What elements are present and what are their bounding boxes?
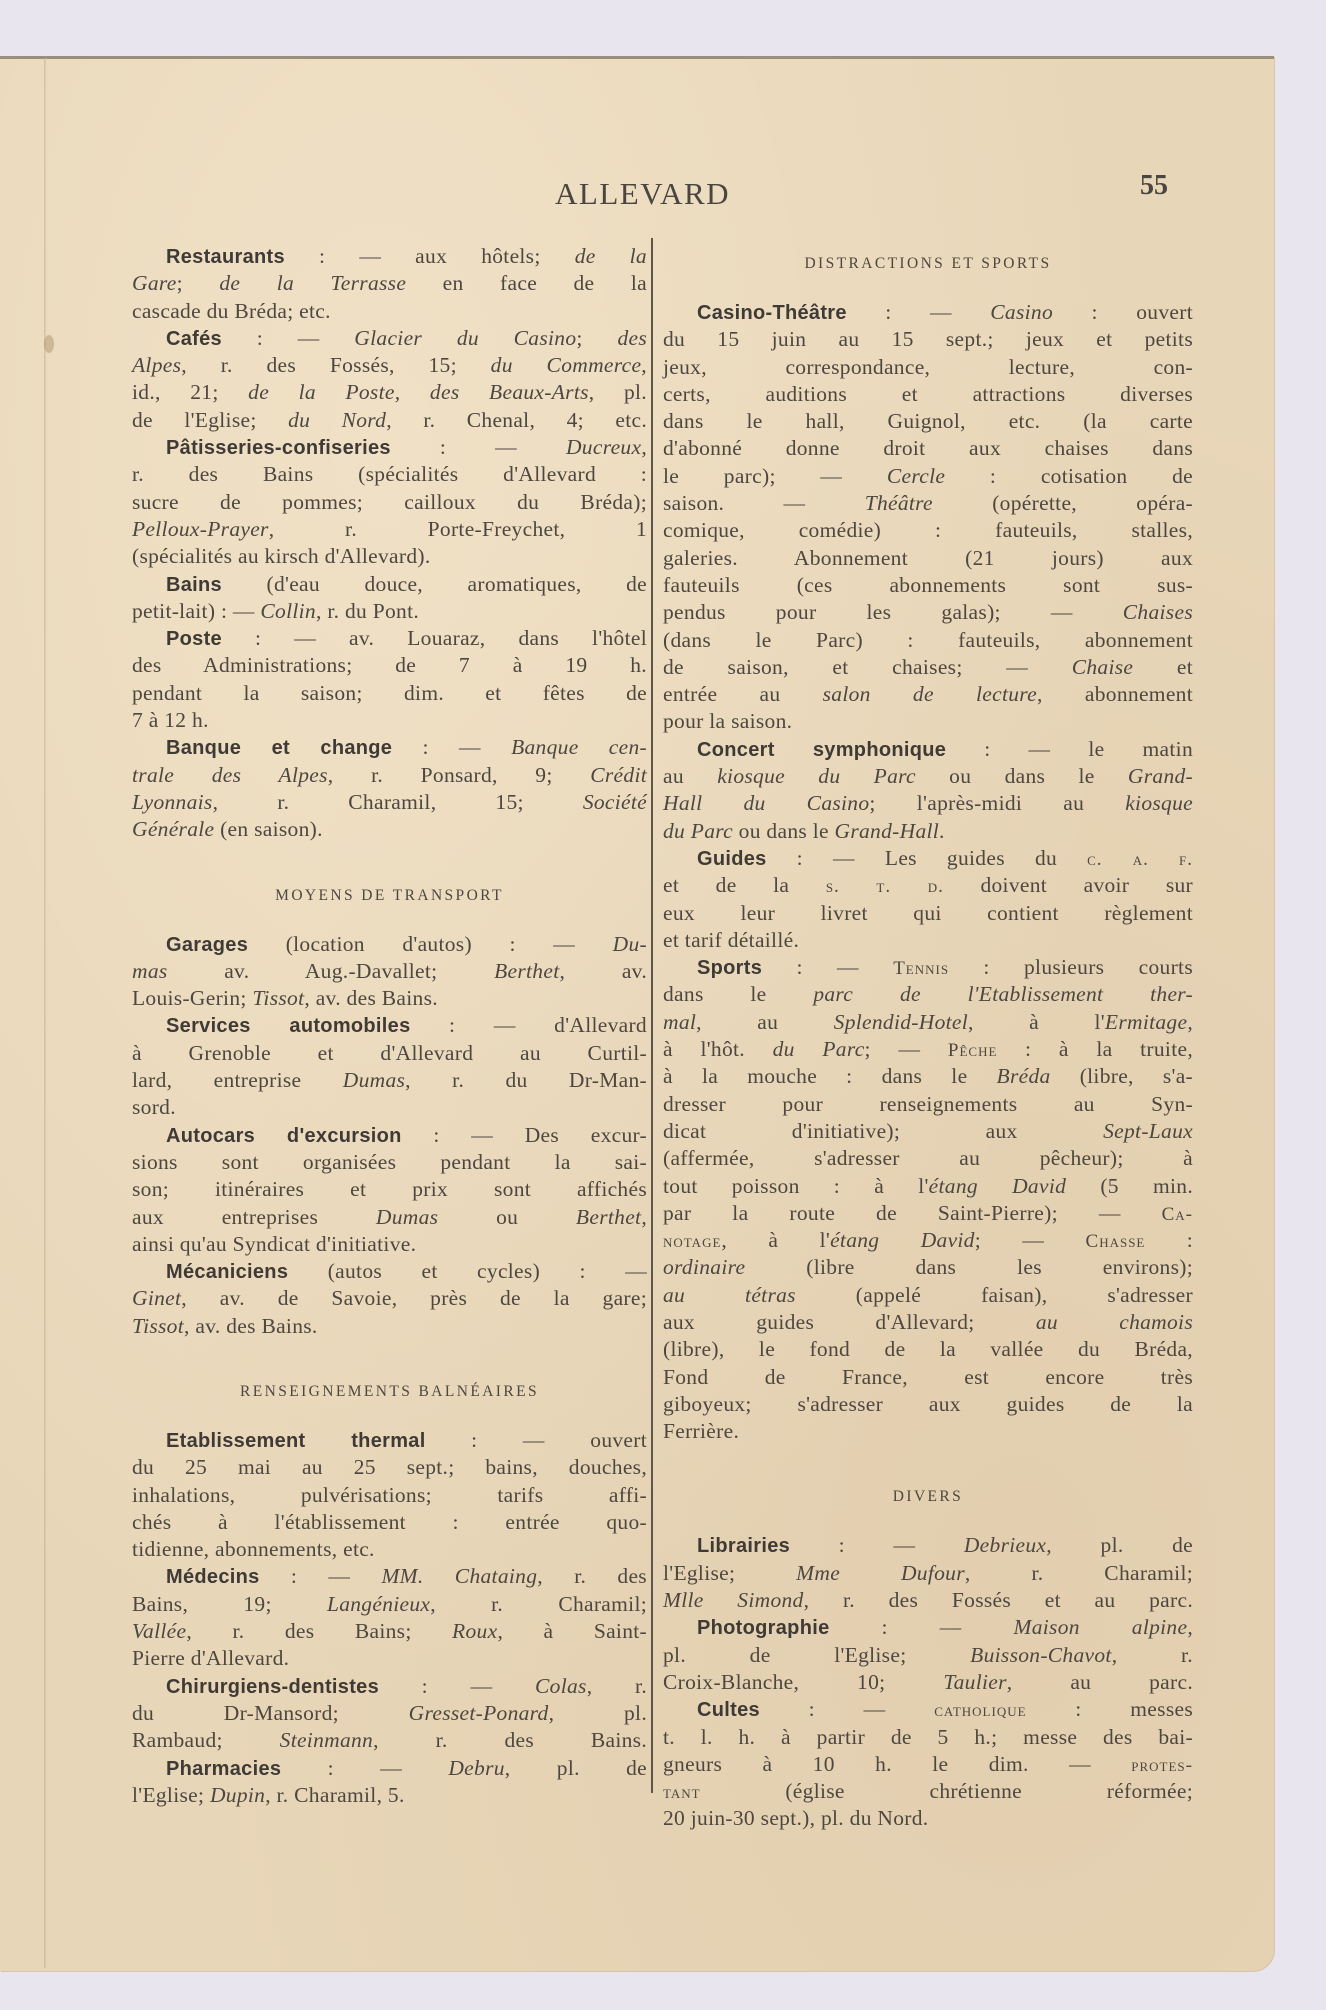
text-run: giboyeux; s'adresser aux guides de la xyxy=(663,1392,1193,1416)
text-run: des Administrations; de 7 à 19 h. xyxy=(132,653,647,677)
text-line: sucre de pommes; cailloux du Bréda); xyxy=(132,489,647,516)
italic-name: Colas xyxy=(535,1674,587,1698)
text-run: . xyxy=(939,819,945,843)
text-run: , r. Charamil, 15; xyxy=(213,790,583,814)
text-run: , abonnement xyxy=(1037,682,1193,706)
text-run: ; xyxy=(177,271,220,295)
entry-label: Cafés xyxy=(166,328,222,350)
text-line: inhalations, pulvérisations; tarifs affi… xyxy=(132,1482,647,1509)
text-run: le parc); — xyxy=(663,464,887,488)
text-line: à la mouche : dans le Bréda (libre, s'a- xyxy=(663,1063,1193,1090)
text-line: entrée au salon de lecture, abonnement xyxy=(663,681,1193,708)
text-line: des Administrations; de 7 à 19 h. xyxy=(132,652,647,679)
text-run: à la mouche : dans le xyxy=(663,1064,997,1088)
text-run: : — xyxy=(760,1697,934,1721)
text-run: dresser pour renseignements au Syn- xyxy=(663,1092,1193,1116)
text-run: au xyxy=(663,764,717,788)
text-run: et tarif détaillé. xyxy=(663,928,799,952)
text-run: , xyxy=(641,1205,647,1229)
italic-name: Casino xyxy=(990,300,1053,324)
text-line: giboyeux; s'adresser aux guides de la xyxy=(663,1391,1193,1418)
section-gap xyxy=(663,1510,1193,1532)
text-line: Louis-Gerin; Tissot, av. des Bains. xyxy=(132,985,647,1012)
entry-label: Sports xyxy=(697,957,762,979)
italic-name: du Parc xyxy=(663,819,733,843)
text-run: : — xyxy=(281,1756,448,1780)
text-run: : — xyxy=(790,1533,964,1557)
italic-name: Roux xyxy=(452,1619,497,1643)
italic-name: kiosque xyxy=(1125,791,1193,815)
text-run: son; itinéraires et prix sont affichés xyxy=(132,1177,647,1201)
entry-label: Restaurants xyxy=(166,246,285,268)
text-line: id., 21; de la Poste, des Beaux-Arts, pl… xyxy=(132,379,647,406)
italic-name: trale des Alpes xyxy=(132,763,328,787)
text-line: du 25 mai au 25 sept.; bains, douches, xyxy=(132,1454,647,1481)
text-run: : — Des excur- xyxy=(402,1123,647,1147)
text-line: Tissot, av. des Bains. xyxy=(132,1313,647,1340)
text-line: dans le hall, Guignol, etc. (la carte xyxy=(663,408,1193,435)
text-line: Etablissement thermal : — ouvert xyxy=(132,1427,647,1454)
text-run: pour la saison. xyxy=(663,709,792,733)
text-line: (dans le Parc) : fauteuils, abonnement xyxy=(663,627,1193,654)
italic-name: parc de l'Etablissement ther- xyxy=(813,982,1193,1006)
text-run: (5 min. xyxy=(1066,1174,1193,1198)
text-line: Sports : — Tennis : plusieurs courts xyxy=(663,954,1193,981)
text-run: : — xyxy=(847,300,991,324)
text-run: : — xyxy=(392,735,511,759)
text-run: : — xyxy=(222,326,354,350)
italic-name: Théâtre xyxy=(865,491,933,515)
text-line: Banque et change : — Banque cen- xyxy=(132,734,647,761)
text-line: Garages (location d'autos) : — Du- xyxy=(132,931,647,958)
text-run: , r. Charamil; xyxy=(430,1592,647,1616)
italic-name: Steinmann xyxy=(280,1728,373,1752)
text-run: r. des Bains (spécialités d'Allevard : xyxy=(132,462,647,486)
text-run: Rambaud; xyxy=(132,1728,280,1752)
text-run: : — xyxy=(830,1615,1014,1639)
entry-label: Bains xyxy=(166,574,222,596)
text-run: saison. — xyxy=(663,491,865,515)
italic-name: Buisson-Chavot xyxy=(970,1643,1112,1667)
text-line: tant (église chrétienne réformée; xyxy=(663,1778,1193,1805)
text-run: eux leur livret qui contient règlement xyxy=(663,901,1193,925)
text-run: du 15 juin au 15 sept.; jeux et petits xyxy=(663,327,1193,351)
text-line: Mlle Simond, r. des Fossés et au parc. xyxy=(663,1587,1193,1614)
text-run: : ouvert xyxy=(1053,300,1193,324)
text-run: ou dans le xyxy=(733,819,835,843)
text-line: Ferrière. xyxy=(663,1418,1193,1445)
italic-name: Dumas xyxy=(343,1068,405,1092)
text-line: (libre), le fond de la vallée du Bréda, xyxy=(663,1336,1193,1363)
italic-name: du Commerce xyxy=(491,353,642,377)
text-run: , au xyxy=(696,1010,833,1034)
text-line: par la route de Saint-Pierre); — Ca- xyxy=(663,1200,1193,1227)
italic-name: Maison alpine xyxy=(1014,1615,1188,1639)
text-line: t. l. h. à partir de 5 h.; messe des bai… xyxy=(663,1724,1193,1751)
entry-label: Banque et change xyxy=(166,737,392,759)
text-run: : xyxy=(1145,1228,1193,1252)
italic-name: Mlle Simond xyxy=(663,1588,804,1612)
text-line: pendus pour les galas); — Chaises xyxy=(663,599,1193,626)
italic-name: salon de lecture xyxy=(823,682,1037,706)
italic-name: Berthet xyxy=(494,959,559,983)
italic-name: du Parc xyxy=(773,1037,865,1061)
entry-label: Autocars d'excursion xyxy=(166,1125,402,1147)
text-line: ordinaire (libre dans les environs); xyxy=(663,1254,1193,1281)
entry-label: Photographie xyxy=(697,1617,830,1639)
text-run: (autos et cycles) : — xyxy=(288,1259,647,1283)
entry-label: Services automobiles xyxy=(166,1015,411,1037)
italic-name: Dumas xyxy=(376,1205,438,1229)
text-line: l'Eglise; Dupin, r. Charamil, 5. xyxy=(132,1782,647,1809)
text-run: : — d'Allevard xyxy=(411,1013,647,1037)
text-line: galeries. Abonnement (21 jours) aux xyxy=(663,545,1193,572)
italic-name: Banque cen- xyxy=(511,735,647,759)
text-run: , à l' xyxy=(721,1228,830,1252)
text-run: (libre, s'a- xyxy=(1051,1064,1193,1088)
text-line: Services automobiles : — d'Allevard xyxy=(132,1012,647,1039)
italic-name: Pelloux-Prayer xyxy=(132,517,269,541)
italic-name: étang David xyxy=(830,1228,975,1252)
text-line: son; itinéraires et prix sont affichés xyxy=(132,1176,647,1203)
text-run: , av. xyxy=(559,959,647,983)
text-run: pendus pour les galas); — xyxy=(663,600,1123,624)
text-line: Librairies : — Debrieux, pl. de xyxy=(663,1532,1193,1559)
text-run: petit-lait) : — xyxy=(132,599,260,623)
text-run: , r. Porte-Freychet, 1 xyxy=(269,517,647,541)
text-run: , xyxy=(641,353,647,377)
text-run: gneurs à 10 h. le dim. — xyxy=(663,1752,1131,1776)
entry-label: Mécaniciens xyxy=(166,1261,288,1283)
text-line: Vallée, r. des Bains; Roux, à Saint- xyxy=(132,1618,647,1645)
text-line: Médecins : — MM. Chataing, r. des xyxy=(132,1563,647,1590)
text-run: , av. des Bains. xyxy=(184,1314,318,1338)
text-run: fauteuils (ces abonnements sont sus- xyxy=(663,573,1193,597)
text-run: , r. des Bains. xyxy=(373,1728,647,1752)
italic-name: Splendid-Hotel xyxy=(834,1010,968,1034)
text-run: , xyxy=(1187,1010,1193,1034)
section-heading: RENSEIGNEMENTS BALNÉAIRES xyxy=(132,1378,647,1405)
text-line: fauteuils (ces abonnements sont sus- xyxy=(663,572,1193,599)
text-run: , r. des Bains; xyxy=(186,1619,452,1643)
section-heading: MOYENS DE TRANSPORT xyxy=(132,882,647,909)
text-run: : à la truite, xyxy=(997,1037,1193,1061)
text-run: doivent avoir sur xyxy=(944,873,1193,897)
text-line: Hall du Casino; l'après-midi au kiosque xyxy=(663,790,1193,817)
entry-label: Casino-Théâtre xyxy=(697,302,847,324)
text-run: et de la xyxy=(663,873,826,897)
paper-stain xyxy=(44,335,54,353)
text-line: Concert symphonique : — le matin xyxy=(663,736,1193,763)
text-line: aux guides d'Allevard; au chamois xyxy=(663,1309,1193,1336)
italic-name: étang David xyxy=(929,1174,1066,1198)
text-line: Poste : — av. Louaraz, dans l'hôtel xyxy=(132,625,647,652)
text-run: à Grenoble et d'Allevard au Curtil- xyxy=(132,1041,647,1065)
italic-name: Taulier xyxy=(943,1670,1006,1694)
text-run: aux entreprises xyxy=(132,1205,376,1229)
text-line: ainsi qu'au Syndicat d'initiative. xyxy=(132,1231,647,1258)
text-line: du Parc ou dans le Grand-Hall. xyxy=(663,818,1193,845)
section-heading: DIVERS xyxy=(663,1483,1193,1510)
text-run: , au parc. xyxy=(1007,1670,1193,1694)
entry-label: Guides xyxy=(697,848,767,870)
text-run: : messes xyxy=(1027,1697,1193,1721)
text-run: , r. xyxy=(1112,1643,1193,1667)
text-run: inhalations, pulvérisations; tarifs affi… xyxy=(132,1483,647,1507)
text-run: (église chrétienne réformée; xyxy=(701,1779,1193,1803)
text-run: (libre), le fond de la vallée du Bréda, xyxy=(663,1337,1193,1361)
text-run: , r. Charamil; xyxy=(965,1561,1193,1585)
text-run: , r. Ponsard, 9; xyxy=(328,763,590,787)
text-line: Guides : — Les guides du c. a. f. xyxy=(663,845,1193,872)
text-run: ; — xyxy=(865,1037,948,1061)
text-run: Fond de France, est encore très xyxy=(663,1365,1193,1389)
italic-name: Gresset-Ponard xyxy=(409,1701,549,1725)
text-run: , r. Charamil, 5. xyxy=(265,1783,404,1807)
italic-name: ordinaire xyxy=(663,1255,745,1279)
text-run: l'Eglise; xyxy=(663,1561,796,1585)
text-run: cascade du Bréda; etc. xyxy=(132,299,331,323)
text-run: , r. du Pont. xyxy=(316,599,419,623)
text-run: lard, entreprise xyxy=(132,1068,343,1092)
text-run: tout poisson : à l' xyxy=(663,1174,929,1198)
text-line: petit-lait) : — Collin, r. du Pont. xyxy=(132,598,647,625)
italic-name: Grand- xyxy=(1128,764,1193,788)
section-gap xyxy=(132,844,647,882)
text-line: au kiosque du Parc ou dans le Grand- xyxy=(663,763,1193,790)
italic-name: Mme Dufour xyxy=(796,1561,965,1585)
italic-name: Générale xyxy=(132,817,214,841)
text-run: (dans le Parc) : fauteuils, abonnement xyxy=(663,628,1193,652)
text-line: mas av. Aug.-Davallet; Berthet, av. xyxy=(132,958,647,985)
text-run: du Dr-Mansord; xyxy=(132,1701,409,1725)
text-line: Ginet, av. de Savoie, près de la gare; xyxy=(132,1285,647,1312)
text-run: protes- xyxy=(1131,1755,1193,1776)
text-run: (libre dans les environs); xyxy=(745,1255,1193,1279)
text-line: Pelloux-Prayer, r. Porte-Freychet, 1 xyxy=(132,516,647,543)
text-run: Ca- xyxy=(1162,1204,1193,1225)
text-run: ; — xyxy=(975,1228,1086,1252)
italic-name: Cercle xyxy=(887,464,945,488)
text-run: , à Saint- xyxy=(497,1619,647,1643)
italic-name: Glacier du Casino xyxy=(354,326,576,350)
text-line: saison. — Théâtre (opérette, opéra- xyxy=(663,490,1193,517)
text-line: jeux, correspondance, lecture, con- xyxy=(663,354,1193,381)
text-line: Casino-Théâtre : — Casino : ouvert xyxy=(663,299,1193,326)
text-line: de saison, et chaises; — Chaise et xyxy=(663,654,1193,681)
text-run: , r. xyxy=(587,1674,647,1698)
italic-name: Ginet xyxy=(132,1286,181,1310)
text-run: Chasse xyxy=(1086,1231,1146,1252)
italic-name: au tétras xyxy=(663,1283,796,1307)
text-run: et xyxy=(1133,655,1193,679)
text-run: , pl. xyxy=(589,380,647,404)
text-run: certs, auditions et attractions diverses xyxy=(663,382,1193,406)
text-run: Ferrière. xyxy=(663,1419,739,1443)
section-gap xyxy=(132,909,647,931)
text-line: dans le parc de l'Etablissement ther- xyxy=(663,981,1193,1008)
italic-name: Bréda xyxy=(997,1064,1051,1088)
text-line: tout poisson : à l'étang David (5 min. xyxy=(663,1173,1193,1200)
text-run: , à l' xyxy=(968,1010,1105,1034)
text-run: : — xyxy=(762,955,893,979)
text-run: 7 à 12 h. xyxy=(132,708,209,732)
left-column: Restaurants : — aux hôtels; de laGare; d… xyxy=(132,243,647,1809)
text-line: Chirurgiens-dentistes : — Colas, r. xyxy=(132,1673,647,1700)
text-run: , r. des Fossés, 15; xyxy=(181,353,490,377)
italic-name: Chaises xyxy=(1123,600,1193,624)
text-run: : — le matin xyxy=(946,737,1193,761)
text-line: certs, auditions et attractions diverses xyxy=(663,381,1193,408)
italic-name: des xyxy=(617,326,647,350)
text-run: Tennis xyxy=(893,958,949,979)
text-line: Générale (en saison). xyxy=(132,816,647,843)
text-run: s. t. d. xyxy=(826,876,944,897)
entry-label: Etablissement thermal xyxy=(166,1430,426,1452)
text-line: lard, entreprise Dumas, r. du Dr-Man- xyxy=(132,1067,647,1094)
page-number: 55 xyxy=(1140,170,1168,202)
text-run: tidienne, abonnements, etc. xyxy=(132,1537,375,1561)
text-run: , pl. de xyxy=(1046,1533,1193,1557)
entry-label: Chirurgiens-dentistes xyxy=(166,1676,379,1698)
text-run: sord. xyxy=(132,1095,176,1119)
text-line: Cafés : — Glacier du Casino; des xyxy=(132,325,647,352)
text-run: : — xyxy=(260,1564,382,1588)
italic-name: Debrieux xyxy=(964,1533,1046,1557)
text-line: dresser pour renseignements au Syn- xyxy=(663,1091,1193,1118)
text-line: 20 juin-30 sept.), pl. du Nord. xyxy=(663,1805,1193,1832)
text-run: ou xyxy=(438,1205,576,1229)
italic-name: Lyonnais xyxy=(132,790,213,814)
text-run: galeries. Abonnement (21 jours) aux xyxy=(663,546,1193,570)
text-line: sord. xyxy=(132,1094,647,1121)
italic-name: Dupin xyxy=(210,1783,265,1807)
italic-name: Tissot xyxy=(252,986,304,1010)
text-run: du 25 mai au 25 sept.; bains, douches, xyxy=(132,1455,647,1479)
text-line: Rambaud; Steinmann, r. des Bains. xyxy=(132,1727,647,1754)
text-run: : — ouvert xyxy=(426,1428,647,1452)
text-run: comique, comédie) : fauteuils, stalles, xyxy=(663,518,1193,542)
text-line: Croix-Blanche, 10; Taulier, au parc. xyxy=(663,1669,1193,1696)
text-line: Mécaniciens (autos et cycles) : — xyxy=(132,1258,647,1285)
italic-name: Langénieux xyxy=(327,1592,430,1616)
text-line: Fond de France, est encore très xyxy=(663,1364,1193,1391)
italic-name: de la Poste, des Beaux-Arts xyxy=(248,380,589,404)
italic-name: Crédit xyxy=(590,763,647,787)
text-run: jeux, correspondance, lecture, con- xyxy=(663,355,1193,379)
text-run: , r. du Dr-Man- xyxy=(405,1068,647,1092)
entry-label: Librairies xyxy=(697,1535,790,1557)
text-line: au tétras (appelé faisan), s'adresser xyxy=(663,1282,1193,1309)
text-run: (location d'autos) : — xyxy=(248,932,613,956)
text-run: , r. des Fossés et au parc. xyxy=(804,1588,1193,1612)
text-run: av. Aug.-Davallet; xyxy=(168,959,495,983)
text-run: de saison, et chaises; — xyxy=(663,655,1072,679)
text-line: notage, à l'étang David; — Chasse : xyxy=(663,1227,1193,1254)
text-line: Cultes : — catholique : messes xyxy=(663,1696,1193,1723)
text-line: Gare; de la Terrasse en face de la xyxy=(132,270,647,297)
text-run: , pl. de xyxy=(505,1756,647,1780)
text-line: dicat d'initiative); aux Sept-Laux xyxy=(663,1118,1193,1145)
text-line: (affermée, s'adresser au pêcheur); à xyxy=(663,1145,1193,1172)
text-line: Photographie : — Maison alpine, xyxy=(663,1614,1193,1641)
section-gap xyxy=(132,1340,647,1378)
section-gap xyxy=(663,1445,1193,1483)
italic-name: de la xyxy=(575,244,647,268)
text-run: id., 21; xyxy=(132,380,248,404)
text-line: comique, comédie) : fauteuils, stalles, xyxy=(663,517,1193,544)
text-line: cascade du Bréda; etc. xyxy=(132,298,647,325)
text-run: catholique xyxy=(934,1700,1026,1721)
text-run: en face de la xyxy=(406,271,647,295)
entry-label: Cultes xyxy=(697,1699,760,1721)
section-gap xyxy=(663,277,1193,299)
text-line: Lyonnais, r. Charamil, 15; Société xyxy=(132,789,647,816)
text-run: dans le hall, Guignol, etc. (la carte xyxy=(663,409,1193,433)
text-line: à Grenoble et d'Allevard au Curtil- xyxy=(132,1040,647,1067)
text-line: Autocars d'excursion : — Des excur- xyxy=(132,1122,647,1149)
italic-name: Ermitage xyxy=(1105,1010,1187,1034)
italic-name: au chamois xyxy=(1036,1310,1193,1334)
text-line: chés à l'établissement : entrée quo- xyxy=(132,1509,647,1536)
text-run: Bains, 19; xyxy=(132,1592,327,1616)
text-run: , xyxy=(641,435,647,459)
text-line: (spécialités au kirsch d'Allevard). xyxy=(132,543,647,570)
text-line: Alpes, r. des Fossés, 15; du Commerce, xyxy=(132,352,647,379)
italic-name: Collin xyxy=(260,599,316,623)
text-run: : cotisation de xyxy=(945,464,1193,488)
text-run: (opérette, opéra- xyxy=(933,491,1193,515)
italic-name: mal xyxy=(663,1010,696,1034)
text-run: Pêche xyxy=(948,1040,998,1061)
italic-name: Chaise xyxy=(1072,655,1134,679)
text-run: , r. des xyxy=(537,1564,647,1588)
text-run: ; xyxy=(576,326,617,350)
text-run: d'abonné donne droit aux chaises dans xyxy=(663,436,1193,460)
text-run: , av. de Savoie, près de la gare; xyxy=(181,1286,647,1310)
text-run: , xyxy=(1187,1615,1193,1639)
text-line: pl. de l'Eglise; Buisson-Chavot, r. xyxy=(663,1642,1193,1669)
text-run: c. a. f. xyxy=(1087,849,1193,870)
italic-name: Ducreux xyxy=(566,435,641,459)
text-line: Pharmacies : — Debru, pl. de xyxy=(132,1755,647,1782)
text-run: : — xyxy=(391,435,566,459)
text-line: 7 à 12 h. xyxy=(132,707,647,734)
column-divider xyxy=(651,238,653,1793)
italic-name: mas xyxy=(132,959,168,983)
text-line: Restaurants : — aux hôtels; de la xyxy=(132,243,647,270)
text-run: : — xyxy=(379,1674,535,1698)
entry-label: Pharmacies xyxy=(166,1758,281,1780)
text-line: trale des Alpes, r. Ponsard, 9; Crédit xyxy=(132,762,647,789)
text-line: Pâtisseries-confiseries : — Ducreux, xyxy=(132,434,647,461)
text-run: Louis-Gerin; xyxy=(132,986,252,1010)
italic-name: kiosque du Parc xyxy=(717,764,916,788)
text-line: pour la saison. xyxy=(663,708,1193,735)
text-run: à l'hôt. xyxy=(663,1037,773,1061)
italic-name: Grand-Hall xyxy=(835,819,940,843)
text-run: (spécialités au kirsch d'Allevard). xyxy=(132,544,431,568)
text-run: l'Eglise; xyxy=(132,1783,210,1807)
text-run: , av. des Bains. xyxy=(304,986,438,1010)
text-run: par la route de Saint-Pierre); — xyxy=(663,1201,1162,1225)
text-line: du Dr-Mansord; Gresset-Ponard, pl. xyxy=(132,1700,647,1727)
text-run: : — Les guides du xyxy=(767,846,1088,870)
text-run: notage xyxy=(663,1231,721,1252)
text-line: le parc); — Cercle : cotisation de xyxy=(663,463,1193,490)
text-line: Bains, 19; Langénieux, r. Charamil; xyxy=(132,1591,647,1618)
text-line: eux leur livret qui contient règlement xyxy=(663,900,1193,927)
